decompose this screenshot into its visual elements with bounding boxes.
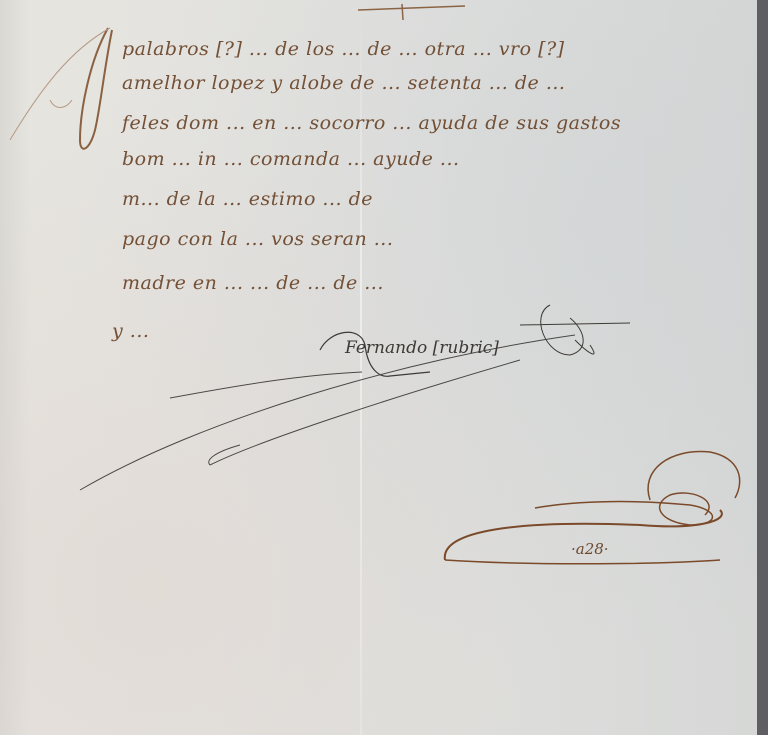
manuscript-line-8: y ... [112, 320, 149, 342]
page-edge-shadow [757, 0, 768, 735]
manuscript-line-3: feles dom ... en ... socorro ... ayuda d… [122, 112, 621, 134]
manuscript-page: palabros [?] ... de los ... de ... otra … [0, 0, 757, 735]
manuscript-line-5: m... de la ... estimo ... de [122, 188, 373, 210]
signature: Fernando [rubric] [345, 338, 499, 358]
manuscript-line-6: pago con la ... vos seran ... [122, 228, 393, 250]
manuscript-line-1: palabros [?] ... de los ... de ... otra … [122, 38, 565, 60]
folio-mark: ·a28· [571, 540, 609, 558]
manuscript-line-2: amelhor lopez y alobe de ... setenta ...… [122, 72, 565, 94]
ink-flourishes [0, 0, 757, 735]
manuscript-line-4: bom ... in ... comanda ... ayude ... [122, 148, 460, 170]
manuscript-line-7: madre en ... ... de ... de ... [122, 272, 384, 294]
